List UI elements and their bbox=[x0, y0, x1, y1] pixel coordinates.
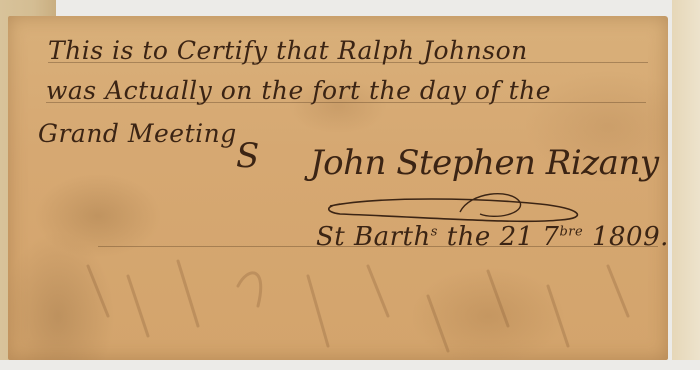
date-place-sup: s bbox=[431, 224, 438, 239]
text-line-1: This is to Certify that Ralph Johnson bbox=[48, 36, 528, 65]
backing-paper-right bbox=[672, 0, 700, 370]
date-month-sup: bre bbox=[559, 224, 583, 239]
date-line: St Barths the 21 7bre 1809. bbox=[316, 222, 669, 252]
certificate-paper: This is to Certify that Ralph Johnson wa… bbox=[8, 16, 668, 360]
date-month: 7 bbox=[542, 222, 559, 252]
ink-bleed-through-texture bbox=[68, 256, 658, 366]
date-the: the bbox=[447, 222, 491, 252]
date-place: St Barth bbox=[316, 222, 431, 252]
date-year: 1809. bbox=[592, 222, 669, 252]
text-line-3: Grand Meeting bbox=[38, 119, 237, 148]
flourish-mark: S bbox=[236, 136, 260, 176]
text-line-2: was Actually on the fort the day of the bbox=[46, 76, 551, 105]
date-day: 21 bbox=[500, 222, 534, 252]
signature: John Stephen Rizany bbox=[310, 143, 659, 183]
